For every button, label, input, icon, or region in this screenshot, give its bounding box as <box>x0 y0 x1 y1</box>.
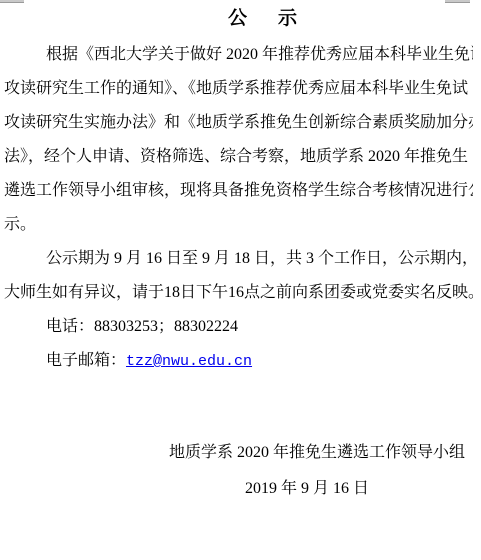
phone-line: 电话：88303253；88302224 <box>4 310 473 344</box>
paragraph-line: 示。 <box>4 208 473 242</box>
date-line: 2019 年 9 月 16 日 <box>0 472 369 506</box>
document-body: 根据《西北大学关于做好 2020 年推荐优秀应届本科毕业生免试 攻读研究生工作的… <box>4 38 473 378</box>
document-page: 公 示 根据《西北大学关于做好 2020 年推荐优秀应届本科毕业生免试 攻读研究… <box>0 0 481 560</box>
paragraph-line: 大师生如有异议，请于18日下午16点之前向系团委或党委实名反映。 <box>4 276 473 310</box>
page-edge-artifact-left <box>0 0 24 3</box>
paragraph-line: 攻读研究生实施办法》和《地质学系推免生创新综合素质奖励加分办 <box>4 106 473 140</box>
signature-line: 地质学系 2020 年推免生遴选工作领导小组 <box>0 436 465 470</box>
paragraph-line: 攻读研究生工作的通知》、《地质学系推荐优秀应届本科毕业生免试 <box>4 72 473 106</box>
paragraph-line: 法》，经个人申请、资格筛选、综合考察，地质学系 2020 年推免生 <box>4 140 473 174</box>
paragraph-line: 公示期为 9 月 16 日至 9 月 18 日，共 3 个工作日，公示期内，广 <box>4 242 473 276</box>
email-link[interactable]: tzz@nwu.edu.cn <box>126 353 252 370</box>
paragraph-line: 遴选工作领导小组审核，现将具备推免资格学生综合考核情况进行公 <box>4 174 473 208</box>
email-label: 电子邮箱： <box>46 352 126 369</box>
paragraph-line: 根据《西北大学关于做好 2020 年推荐优秀应届本科毕业生免试 <box>4 38 473 72</box>
page-title: 公 示 <box>50 7 481 31</box>
email-line: 电子邮箱：tzz@nwu.edu.cn <box>4 344 473 378</box>
page-edge-artifact-right <box>445 0 470 3</box>
